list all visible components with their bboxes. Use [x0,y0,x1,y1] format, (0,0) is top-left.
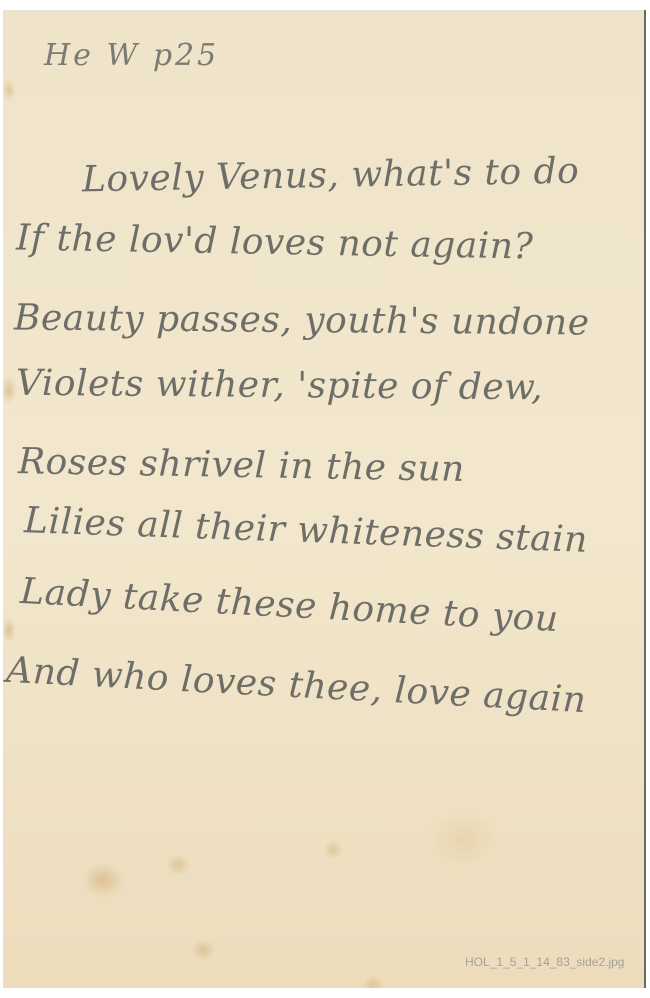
poem-line: And who loves thee, love again [5,650,587,721]
poem-line: Lilies all their whiteness stain [23,500,588,561]
poem-line: Lady take these home to you [19,571,559,640]
poem-line: Violets wither, 'spite of dew, [16,363,543,409]
poem-line: Beauty passes, youth's undone [14,297,590,343]
poem-line: Lovely Venus, what's to do [82,151,580,201]
poem-line: If the lov'd loves not again? [16,217,534,267]
filename-caption: HOL_1_5_1_14_83_side2.jpg [465,955,645,970]
poem: Lovely Venus, what's to do If the lov'd … [0,0,650,998]
poem-line: Roses shrivel in the sun [18,441,466,490]
